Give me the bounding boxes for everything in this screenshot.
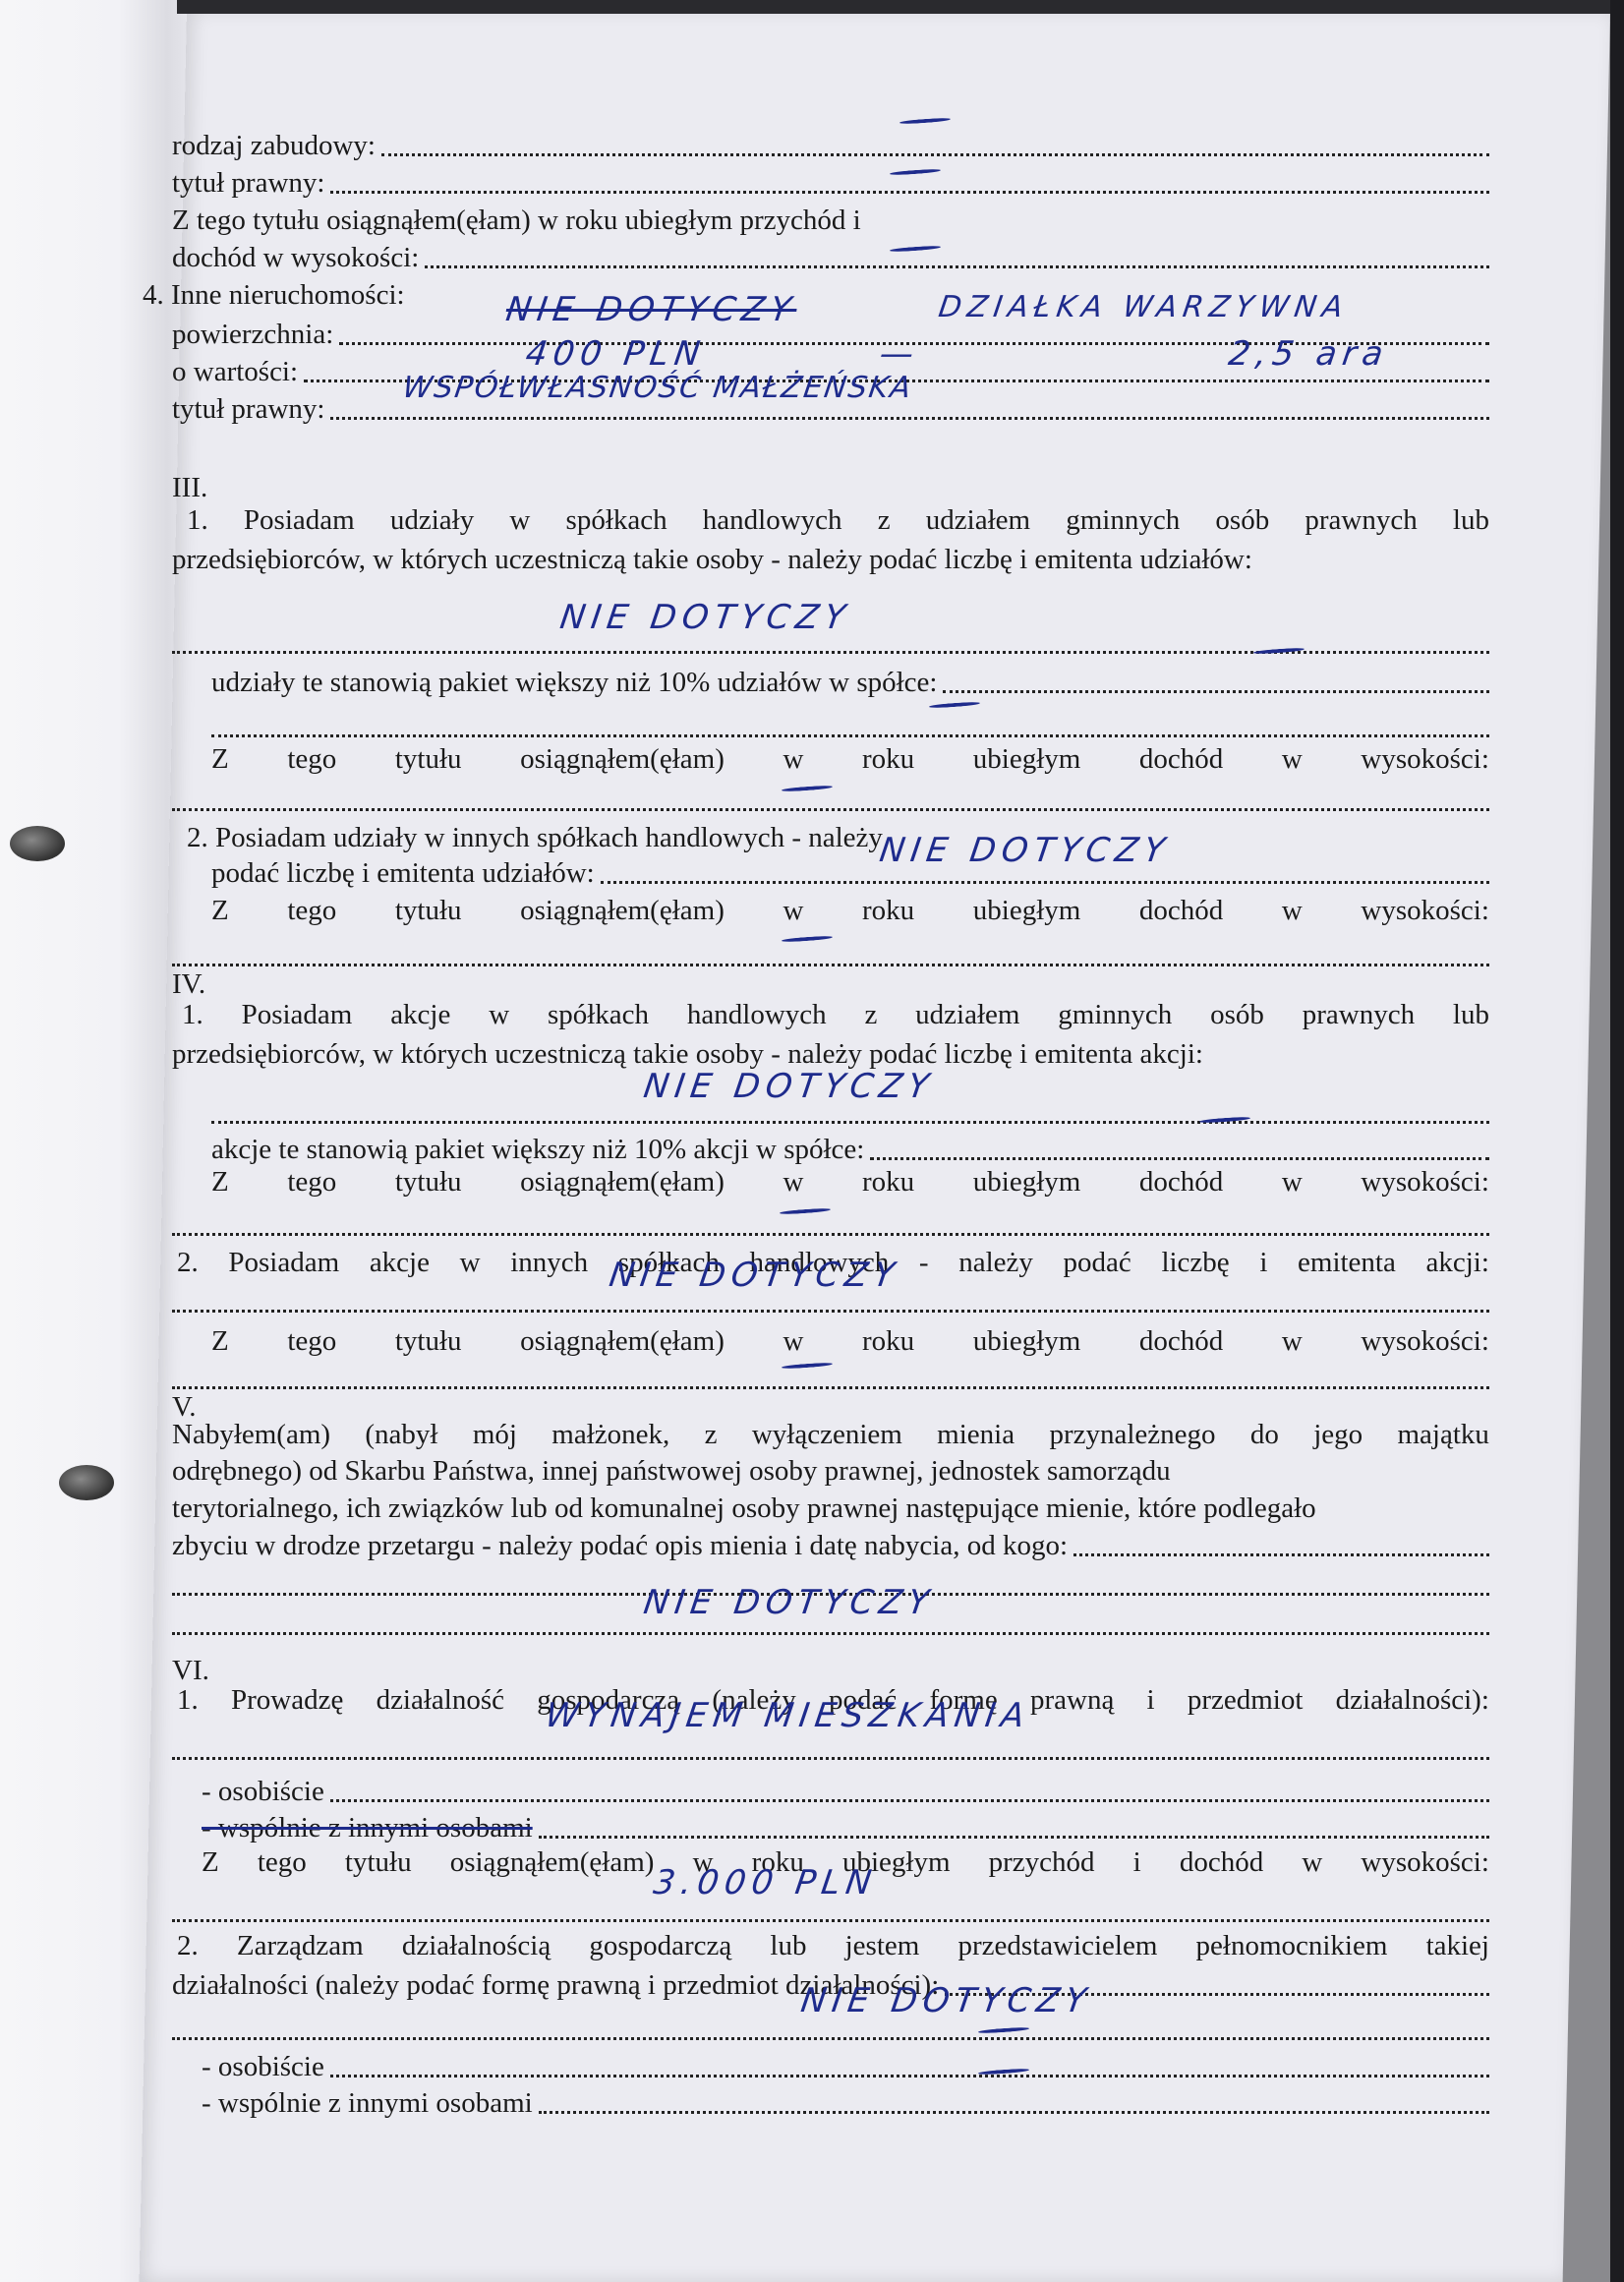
scan-top-edge	[177, 0, 1624, 14]
word: takiej	[1426, 1930, 1489, 1962]
word: w	[1282, 895, 1303, 927]
q-iii-1-line1: 1.Posiadamudziaływspółkachhandlowychzudz…	[187, 501, 1489, 537]
word: Z	[211, 743, 229, 776]
word: ubiegłym	[973, 1166, 1081, 1199]
word: spółkach	[566, 504, 667, 537]
word: działalności):	[1336, 1684, 1489, 1717]
punch-hole	[59, 1465, 114, 1500]
word: w	[1282, 743, 1303, 776]
word: handlowych	[703, 504, 842, 537]
word: osiągnąłem(ęłam)	[520, 895, 725, 927]
word: Z	[211, 895, 229, 927]
word: działalność	[377, 1684, 504, 1717]
field-rodzaj-zabudowy: rodzaj zabudowy:	[172, 127, 1489, 162]
word: Posiadam	[228, 1247, 339, 1279]
word: akcje	[370, 1247, 430, 1279]
field-wspolnie-struck: - wspólnie z innymi osobami	[202, 1809, 1489, 1844]
word: akcje	[390, 999, 450, 1031]
word: liczbę	[1161, 1247, 1229, 1279]
word: dochód	[1139, 743, 1223, 776]
word: działalnością	[402, 1930, 551, 1962]
v-line1: Nabyłem(am)(nabyłmójmałżonek,zwyłączenie…	[172, 1416, 1489, 1451]
word: tytułu	[395, 1166, 462, 1199]
handwritten-income: 3.000 PLN	[651, 1863, 880, 1902]
field-q2-wspolnie: - wspólnie z innymi osobami	[202, 2084, 1489, 2120]
word: wysokości:	[1361, 1846, 1489, 1879]
word: 1.	[182, 999, 203, 1031]
word: w	[509, 504, 530, 537]
word: tego	[287, 743, 336, 776]
word: roku	[862, 1166, 914, 1199]
word: i	[1259, 1247, 1267, 1279]
q-iii-1-line2: przedsiębiorców, w których uczestniczą t…	[172, 541, 1489, 576]
word: ubiegłym	[973, 1325, 1081, 1358]
handwritten-answer: NIE DOTYCZY	[557, 598, 853, 637]
dotted-line	[172, 782, 1489, 817]
word: Posiadam	[244, 504, 355, 537]
word: przedstawicielem	[957, 1930, 1157, 1962]
answer-line	[172, 1730, 1489, 1766]
dotted-line	[172, 937, 1489, 972]
word: z	[878, 504, 891, 537]
word: tytułu	[395, 743, 462, 776]
handwritten-answer: NIE DOTYCZY	[877, 831, 1173, 870]
word: Nabyłem(am)	[172, 1419, 330, 1451]
q-vi-2-line1: 2.Zarządzamdziałalnościągospodarcząlubje…	[177, 1927, 1489, 1962]
income-line: Ztegotytułuosiągnąłem(ęłam)wrokuubiegłym…	[211, 892, 1489, 927]
word: emitenta	[1298, 1247, 1396, 1279]
punch-hole	[10, 826, 65, 861]
handwritten-answer: WSPÓŁWŁASNOŚĆ MAŁŻEŃSKA	[401, 371, 915, 405]
handwritten-value: 400 PLN	[523, 334, 708, 374]
word: z	[864, 999, 877, 1031]
word: lub	[1453, 999, 1489, 1031]
word: wyłączeniem	[752, 1419, 902, 1451]
word: Zarządzam	[237, 1930, 364, 1962]
word: osiągnąłem(ęłam)	[450, 1846, 655, 1879]
word: z	[705, 1419, 718, 1451]
word: pełnomocnikiem	[1196, 1930, 1388, 1962]
v-line2: odrębnego) od Skarbu Państwa, innej pańs…	[172, 1452, 1489, 1488]
word: Z	[202, 1846, 219, 1879]
word: prawnych	[1303, 999, 1415, 1031]
word: przedmiot	[1188, 1684, 1304, 1717]
scan-right-edge	[1610, 0, 1624, 2282]
handwritten-answer: NIE DOTYCZY	[641, 1067, 937, 1106]
word: mój	[473, 1419, 517, 1451]
field-dochod: dochód w wysokości:	[172, 239, 1489, 274]
word: innych	[510, 1247, 588, 1279]
word: tego	[287, 1325, 336, 1358]
word: podać	[1064, 1247, 1131, 1279]
word: wysokości:	[1361, 743, 1489, 776]
word: w	[489, 999, 509, 1031]
word: roku	[862, 895, 914, 927]
word: lub	[770, 1930, 806, 1962]
word: ubiegłym	[973, 743, 1081, 776]
word: 1.	[177, 1684, 199, 1717]
word: (nabył	[365, 1419, 437, 1451]
word: dochód	[1139, 895, 1223, 927]
word: -	[919, 1247, 929, 1279]
word: należy	[958, 1247, 1033, 1279]
income-line: Ztegotytułuosiągnąłem(ęłam)wrokuubiegłym…	[211, 740, 1489, 776]
word: wysokości:	[1361, 1166, 1489, 1199]
q-iv-1-line2: przedsiębiorców, w których uczestniczą t…	[172, 1035, 1489, 1071]
field-pakiet-akcji: akcje te stanowią pakiet większy niż 10%…	[211, 1131, 1489, 1166]
word: udziałem	[926, 504, 1030, 537]
word: jestem	[845, 1930, 920, 1962]
dotted-line	[211, 708, 1489, 743]
word: gminnych	[1058, 999, 1172, 1031]
word: ubiegłym	[973, 895, 1081, 927]
dotted-line	[172, 1360, 1489, 1395]
income-line: Ztegotytułuosiągnąłem(ęłam)wrokuubiegłym…	[211, 1322, 1489, 1358]
word: dochód	[1139, 1325, 1223, 1358]
word: dochód	[1139, 1166, 1223, 1199]
field-q-iii-2: podać liczbę i emitenta udziałów:	[211, 854, 1489, 890]
word: w	[783, 1166, 803, 1199]
word: tego	[258, 1846, 307, 1879]
field-osobiscie: - osobiście	[202, 1773, 1489, 1808]
income-text: Z tego tytułu osiągnąłem(ęłam) w roku ub…	[172, 202, 1489, 237]
word: Z	[211, 1166, 229, 1199]
word: mienia	[937, 1419, 1015, 1451]
word: akcji:	[1426, 1247, 1489, 1279]
word: tego	[287, 1166, 336, 1199]
handwritten-answer: WYNAJEM MIESZKANIA	[543, 1696, 1032, 1735]
word: Z	[211, 1325, 229, 1358]
word: lub	[1453, 504, 1489, 537]
word: jego	[1313, 1419, 1363, 1451]
word: wysokości:	[1361, 1325, 1489, 1358]
word: w	[1302, 1846, 1322, 1879]
handwritten-answer: NIE DOTYCZY	[641, 1583, 937, 1622]
field-pakiet-udzialow: udziały te stanowią pakiet większy niż 1…	[211, 664, 1489, 699]
word: tego	[287, 895, 336, 927]
word: w	[783, 895, 803, 927]
q-iv-1-line1: 1.Posiadamakcjewspółkachhandlowychzudzia…	[182, 996, 1489, 1031]
word: w	[1282, 1325, 1303, 1358]
q-iii-2-line1: 2. Posiadam udziały w innych spółkach ha…	[187, 819, 1489, 854]
word: małżonek,	[551, 1419, 669, 1451]
word: w	[783, 743, 803, 776]
word: majątku	[1397, 1419, 1488, 1451]
word: spółkach	[548, 999, 649, 1031]
word: w	[460, 1247, 481, 1279]
word: Prowadzę	[231, 1684, 343, 1717]
word: 2.	[177, 1930, 199, 1962]
word: tytułu	[395, 895, 462, 927]
dotted-line	[172, 1206, 1489, 1242]
word: osiągnąłem(ęłam)	[520, 1325, 725, 1358]
handwritten-area: 2,5 ara	[1226, 334, 1391, 374]
word: wysokości:	[1361, 895, 1489, 927]
word: do	[1250, 1419, 1279, 1451]
income-line: Ztegotytułuosiągnąłem(ęłam)wrokuubiegłym…	[211, 1163, 1489, 1199]
word: w	[783, 1325, 803, 1358]
word: udziałem	[915, 999, 1019, 1031]
v-line3: terytorialnego, ich związków lub od komu…	[172, 1490, 1489, 1525]
word: udziały	[390, 504, 474, 537]
word: Posiadam	[242, 999, 353, 1031]
word: roku	[862, 743, 914, 776]
word: osiągnąłem(ęłam)	[520, 743, 725, 776]
v-line4: zbyciu w drodze przetargu - należy podać…	[172, 1527, 1489, 1562]
word: osób	[1210, 999, 1264, 1031]
word: 1.	[187, 504, 208, 537]
word: dochód	[1180, 1846, 1263, 1879]
word: gospodarczą	[589, 1930, 731, 1962]
field-tytul-prawny: tytuł prawny:	[172, 164, 1489, 200]
word: prawną	[1030, 1684, 1114, 1717]
word: osób	[1215, 504, 1269, 537]
word: gminnych	[1066, 504, 1180, 537]
handwritten-dash: —	[877, 334, 922, 374]
word: handlowych	[687, 999, 827, 1031]
word: i	[1147, 1684, 1155, 1717]
word: 2.	[177, 1247, 199, 1279]
field-q2-osobiscie: - osobiście	[202, 2048, 1489, 2083]
word: w	[1282, 1166, 1303, 1199]
word: osiągnąłem(ęłam)	[520, 1166, 725, 1199]
handwritten-answer: NIE DOTYCZY	[607, 1256, 902, 1295]
handwritten-answer: NIE DOTYCZY	[798, 1981, 1094, 2020]
word: prawnych	[1305, 504, 1417, 537]
word: przynależnego	[1049, 1419, 1215, 1451]
section-heading: III.	[172, 472, 207, 504]
word: i	[1133, 1846, 1141, 1879]
word: tytułu	[345, 1846, 412, 1879]
word: przychód	[989, 1846, 1095, 1879]
word: roku	[862, 1325, 914, 1358]
word: tytułu	[395, 1325, 462, 1358]
